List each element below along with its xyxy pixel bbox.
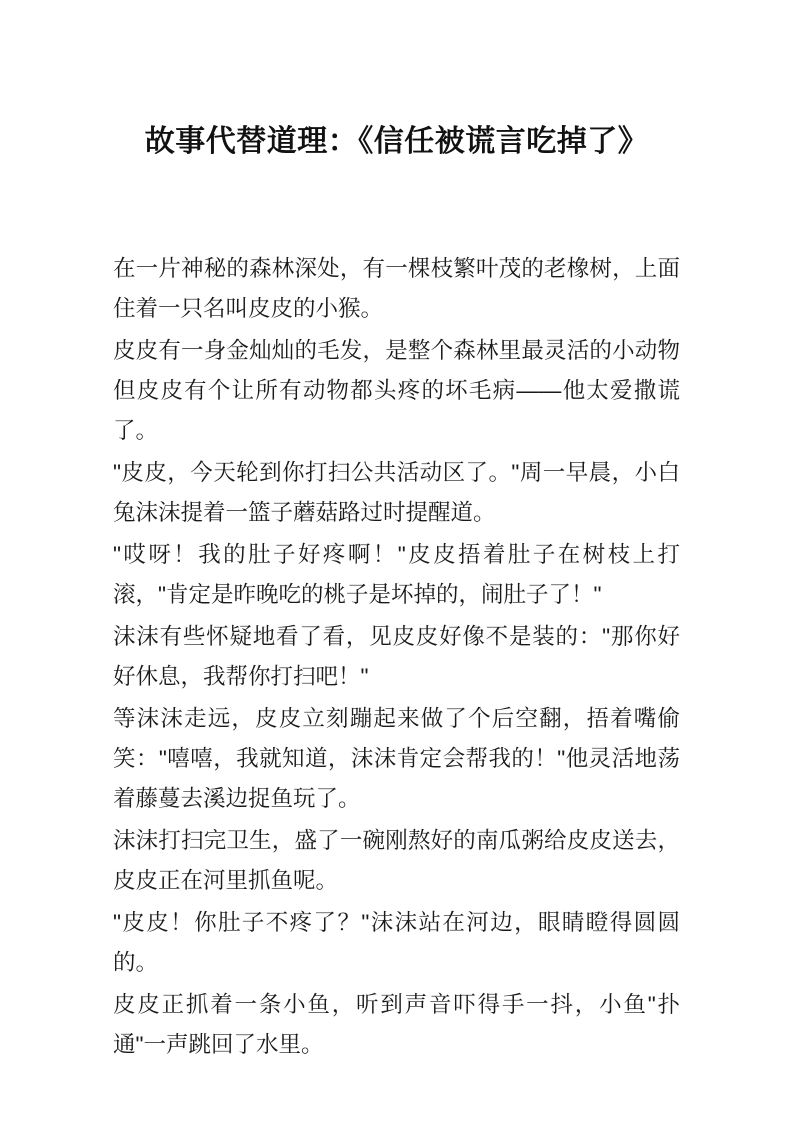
story-paragraph: "皮皮！你肚子不疼了？"沫沫站在河边，眼睛瞪得圆圆的。	[113, 903, 680, 983]
document-page: 故事代替道理：《信任被谎言吃掉了》 在一片神秘的森林深处，有一棵枝繁叶茂的老橡树…	[0, 0, 793, 1122]
story-paragraph: "皮皮，今天轮到你打扫公共活动区了。"周一早晨，小白兔沫沫提着一篮子蘑菇路过时提…	[113, 453, 680, 533]
story-paragraph: 沫沫有些怀疑地看了看，见皮皮好像不是装的："那你好好休息，我帮你打扫吧！"	[113, 617, 680, 697]
story-paragraph: 沫沫打扫完卫生，盛了一碗刚熬好的南瓜粥给皮皮送去，皮皮正在河里抓鱼呢。	[113, 821, 680, 901]
story-paragraph: 皮皮正抓着一条小鱼，听到声音吓得手一抖，小鱼"扑通"一声跳回了水里。	[113, 985, 680, 1065]
story-paragraphs: 在一片神秘的森林深处，有一棵枝繁叶茂的老橡树，上面住着一只名叫皮皮的小猴。皮皮有…	[113, 249, 680, 1065]
document-title: 故事代替道理：《信任被谎言吃掉了》	[113, 120, 680, 164]
story-paragraph: 在一片神秘的森林深处，有一棵枝繁叶茂的老橡树，上面住着一只名叫皮皮的小猴。	[113, 249, 680, 329]
story-paragraph: 等沫沫走远，皮皮立刻蹦起来做了个后空翻，捂着嘴偷笑："嘻嘻，我就知道，沫沫肯定会…	[113, 699, 680, 819]
story-paragraph: 皮皮有一身金灿灿的毛发，是整个森林里最灵活的小动物但皮皮有个让所有动物都头疼的坏…	[113, 331, 680, 451]
story-paragraph: "哎呀！我的肚子好疼啊！"皮皮捂着肚子在树枝上打滚，"肯定是昨晚吃的桃子是坏掉的…	[113, 535, 680, 615]
